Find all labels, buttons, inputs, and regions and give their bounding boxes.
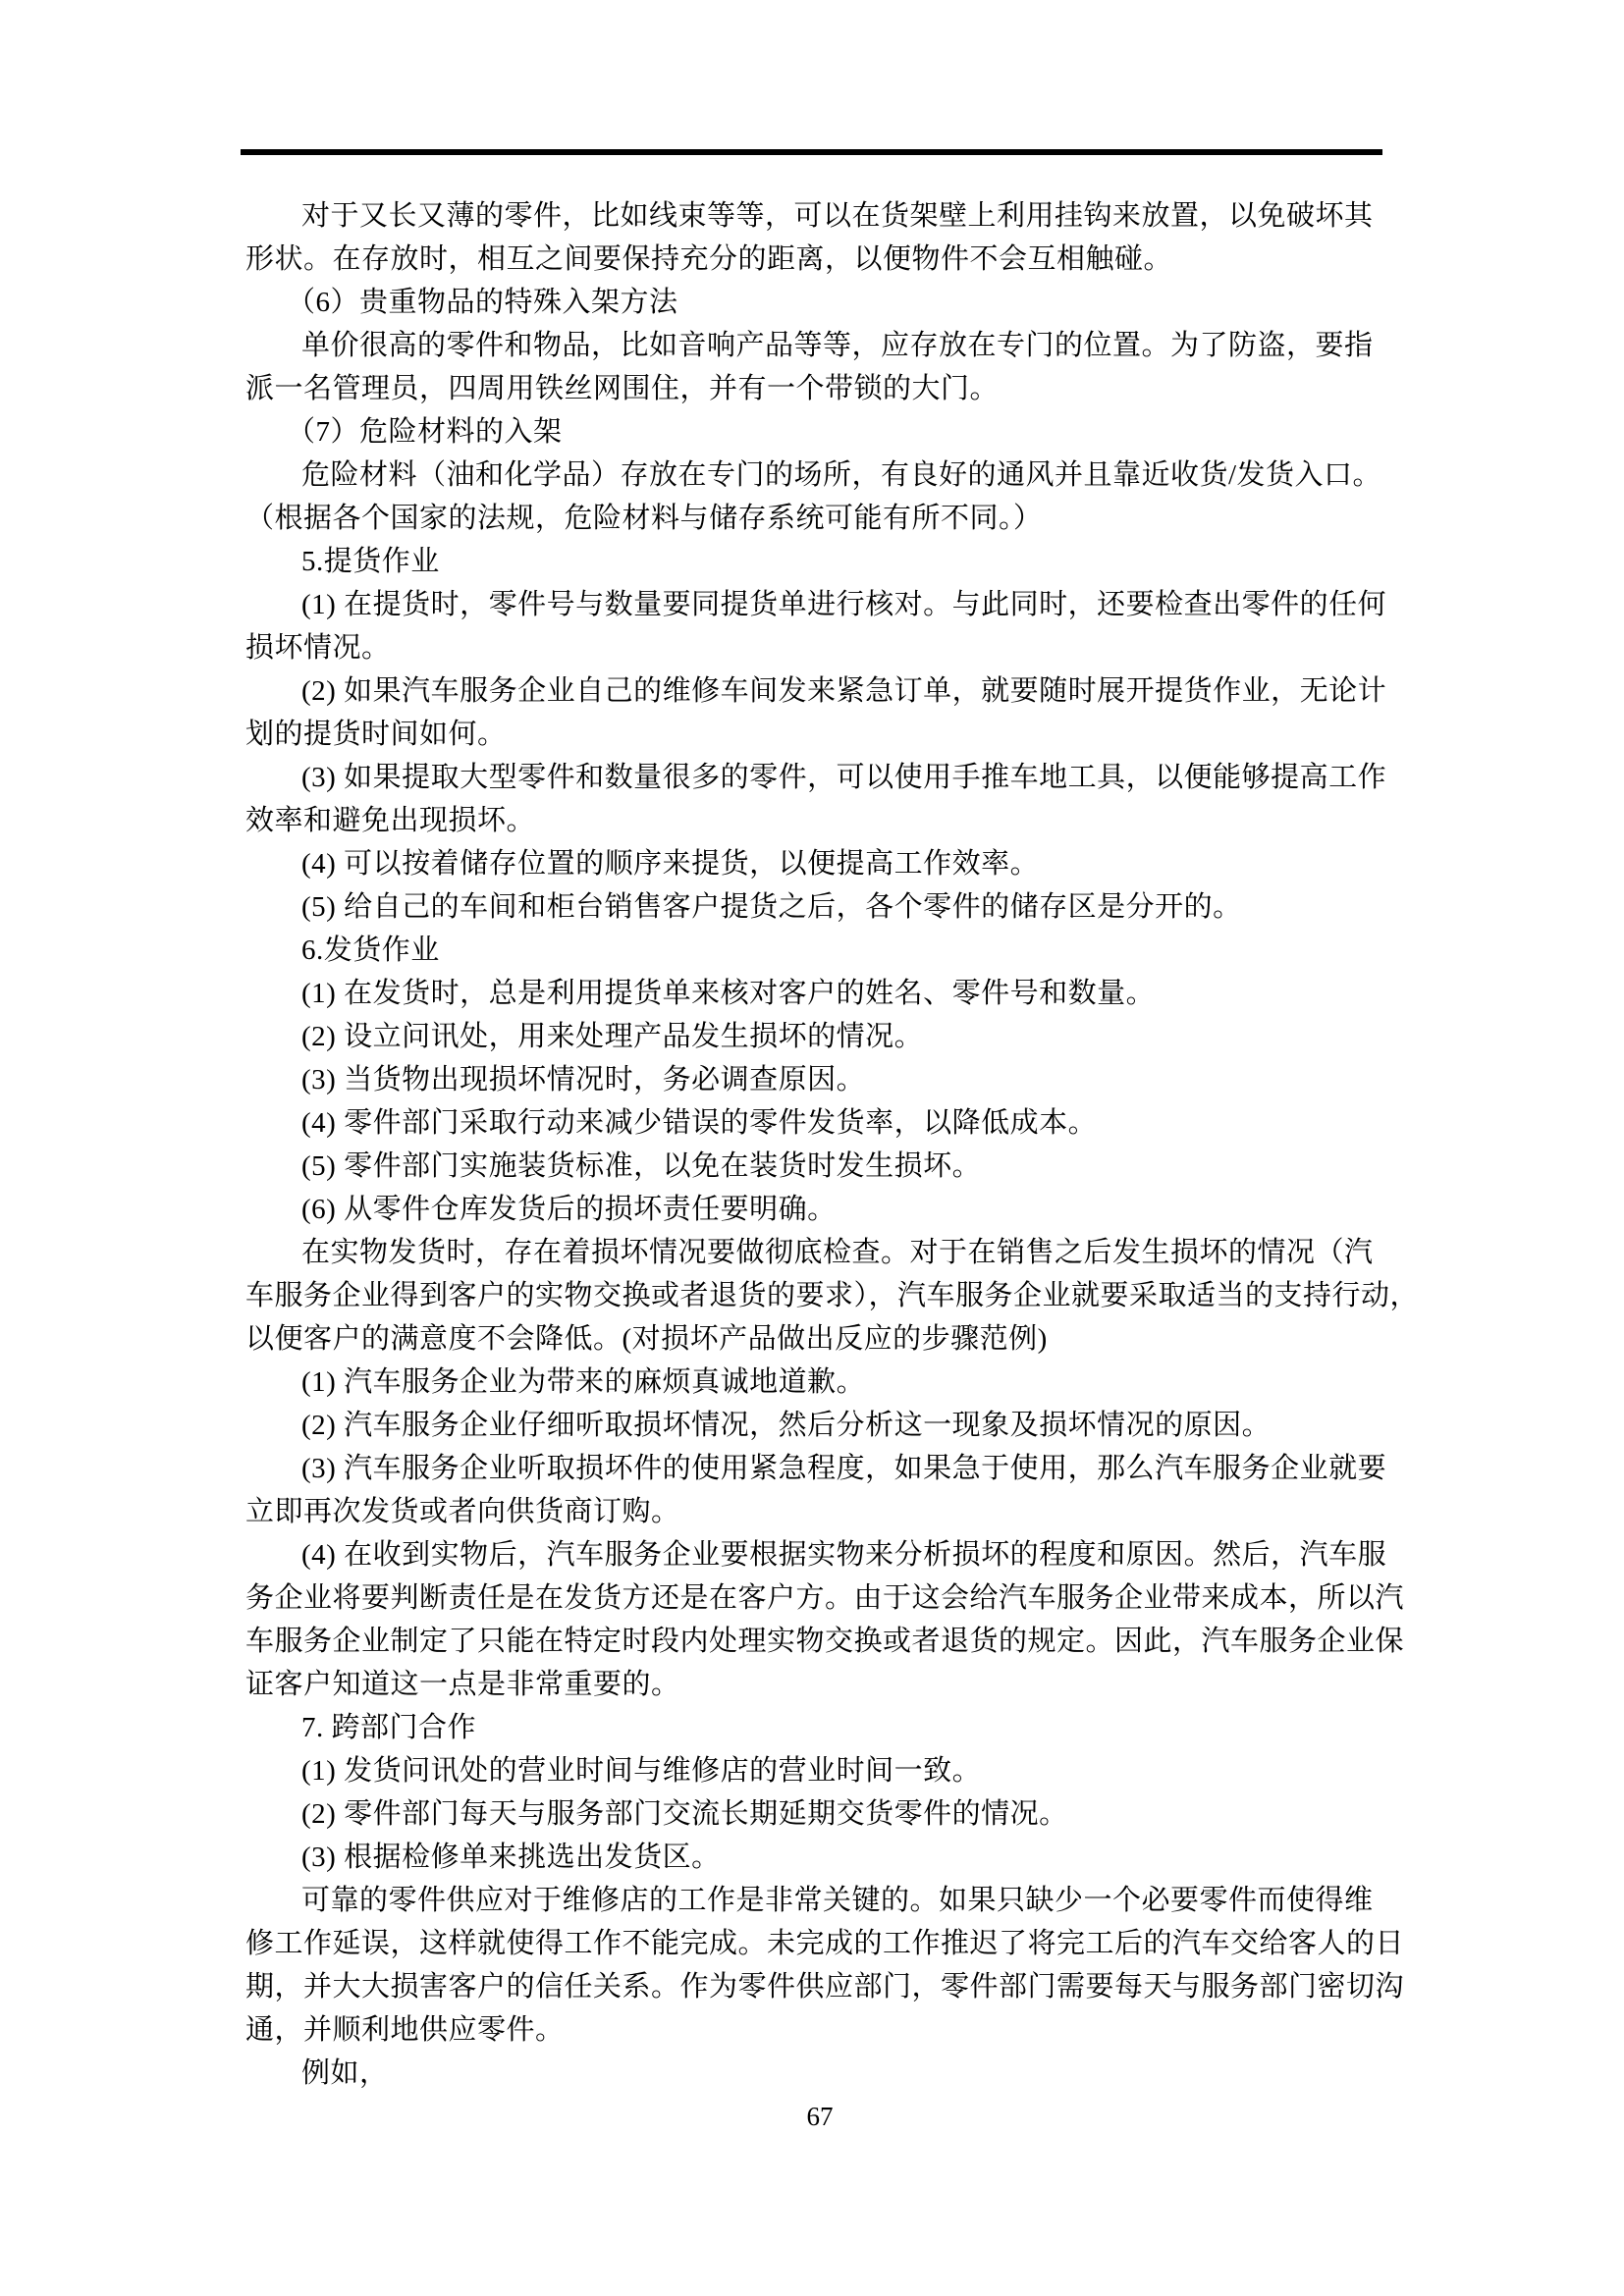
text-line: 派一名管理员，四周用铁丝网围住，并有一个带锁的大门。 <box>245 367 1394 410</box>
text-line: （7）危险材料的入架 <box>245 410 1394 454</box>
text-line: 危险材料（油和化学品）存放在专门的场所，有良好的通风并且靠近收货/发货入口。 <box>245 454 1394 497</box>
text-line: 立即再次发货或者向供货商订购。 <box>245 1490 1394 1533</box>
text-line: (1) 在发货时，总是利用提货单来核对客户的姓名、零件号和数量。 <box>245 972 1394 1015</box>
text-line: 可靠的零件供应对于维修店的工作是非常关键的。如果只缺少一个必要零件而使得维 <box>245 1879 1394 1922</box>
text-line: (4) 可以按着储存位置的顺序来提货，以便提高工作效率。 <box>245 842 1394 885</box>
text-line: 例如， <box>245 2052 1394 2095</box>
text-line: 期，并大大损害客户的信任关系。作为零件供应部门，零件部门需要每天与服务部门密切沟 <box>245 1965 1394 2008</box>
text-line: (2) 零件部门每天与服务部门交流长期延期交货零件的情况。 <box>245 1792 1394 1836</box>
text-block: 对于又长又薄的零件，比如线束等等，可以在货架壁上利用挂钩来放置，以免破坏其形状。… <box>245 194 1394 2095</box>
text-line: 划的提货时间如何。 <box>245 713 1394 756</box>
text-line: 在实物发货时，存在着损坏情况要做彻底检查。对于在销售之后发生损坏的情况（汽 <box>245 1231 1394 1274</box>
text-line: （根据各个国家的法规，危险材料与储存系统可能有所不同。） <box>245 497 1394 540</box>
text-line: (2) 如果汽车服务企业自己的维修车间发来紧急订单，就要随时展开提货作业，无论计 <box>245 669 1394 713</box>
text-line: (3) 根据检修单来挑选出发货区。 <box>245 1836 1394 1879</box>
text-line: (3) 汽车服务企业听取损坏件的使用紧急程度，如果急于使用，那么汽车服务企业就要 <box>245 1447 1394 1490</box>
text-line: 修工作延误，这样就使得工作不能完成。未完成的工作推迟了将完工后的汽车交给客人的日 <box>245 1922 1394 1965</box>
text-line: (4) 在收到实物后，汽车服务企业要根据实物来分析损坏的程度和原因。然后，汽车服 <box>245 1533 1394 1576</box>
text-line: 形状。在存放时，相互之间要保持充分的距离，以便物件不会互相触碰。 <box>245 238 1394 281</box>
text-line: (3) 当货物出现损坏情况时，务必调查原因。 <box>245 1058 1394 1101</box>
text-line: 对于又长又薄的零件，比如线束等等，可以在货架壁上利用挂钩来放置，以免破坏其 <box>245 194 1394 238</box>
text-line: (4) 零件部门采取行动来减少错误的零件发货率，以降低成本。 <box>245 1101 1394 1145</box>
text-line: (3) 如果提取大型零件和数量很多的零件，可以使用手推车地工具，以便能够提高工作 <box>245 756 1394 799</box>
text-line: (5) 零件部门实施装货标准，以免在装货时发生损坏。 <box>245 1145 1394 1188</box>
text-line: 通，并顺利地供应零件。 <box>245 2008 1394 2052</box>
text-line: (2) 设立问讯处，用来处理产品发生损坏的情况。 <box>245 1015 1394 1058</box>
page-number: 67 <box>245 2101 1394 2132</box>
text-line: 6.发货作业 <box>245 929 1394 972</box>
text-line: 损坏情况。 <box>245 626 1394 669</box>
text-line: (5) 给自己的车间和柜台销售客户提货之后，各个零件的储存区是分开的。 <box>245 885 1394 929</box>
text-line: 务企业将要判断责任是在发货方还是在客户方。由于这会给汽车服务企业带来成本，所以汽 <box>245 1576 1394 1620</box>
text-line: (1) 汽车服务企业为带来的麻烦真诚地道歉。 <box>245 1361 1394 1404</box>
document-page: 对于又长又薄的零件，比如线束等等，可以在货架壁上利用挂钩来放置，以免破坏其形状。… <box>0 0 1624 2296</box>
text-line: (1) 在提货时，零件号与数量要同提货单进行核对。与此同时，还要检查出零件的任何 <box>245 583 1394 626</box>
text-line: 车服务企业得到客户的实物交换或者退货的要求），汽车服务企业就要采取适当的支持行动… <box>245 1274 1394 1317</box>
text-line: 7. 跨部门合作 <box>245 1706 1394 1749</box>
text-line: 效率和避免出现损坏。 <box>245 799 1394 842</box>
text-line: 5.提货作业 <box>245 540 1394 583</box>
text-line: (1) 发货问讯处的营业时间与维修店的营业时间一致。 <box>245 1749 1394 1792</box>
text-line: 车服务企业制定了只能在特定时段内处理实物交换或者退货的规定。因此，汽车服务企业保 <box>245 1620 1394 1663</box>
text-line: 以便客户的满意度不会降低。(对损坏产品做出反应的步骤范例) <box>245 1317 1394 1361</box>
text-line: （6）贵重物品的特殊入架方法 <box>245 281 1394 324</box>
text-line: (2) 汽车服务企业仔细听取损坏情况，然后分析这一现象及损坏情况的原因。 <box>245 1404 1394 1447</box>
text-line: 证客户知道这一点是非常重要的。 <box>245 1663 1394 1706</box>
header-rule <box>241 149 1382 155</box>
text-line: 单价很高的零件和物品，比如音响产品等等，应存放在专门的位置。为了防盗，要指 <box>245 324 1394 367</box>
text-line: (6) 从零件仓库发货后的损坏责任要明确。 <box>245 1188 1394 1231</box>
